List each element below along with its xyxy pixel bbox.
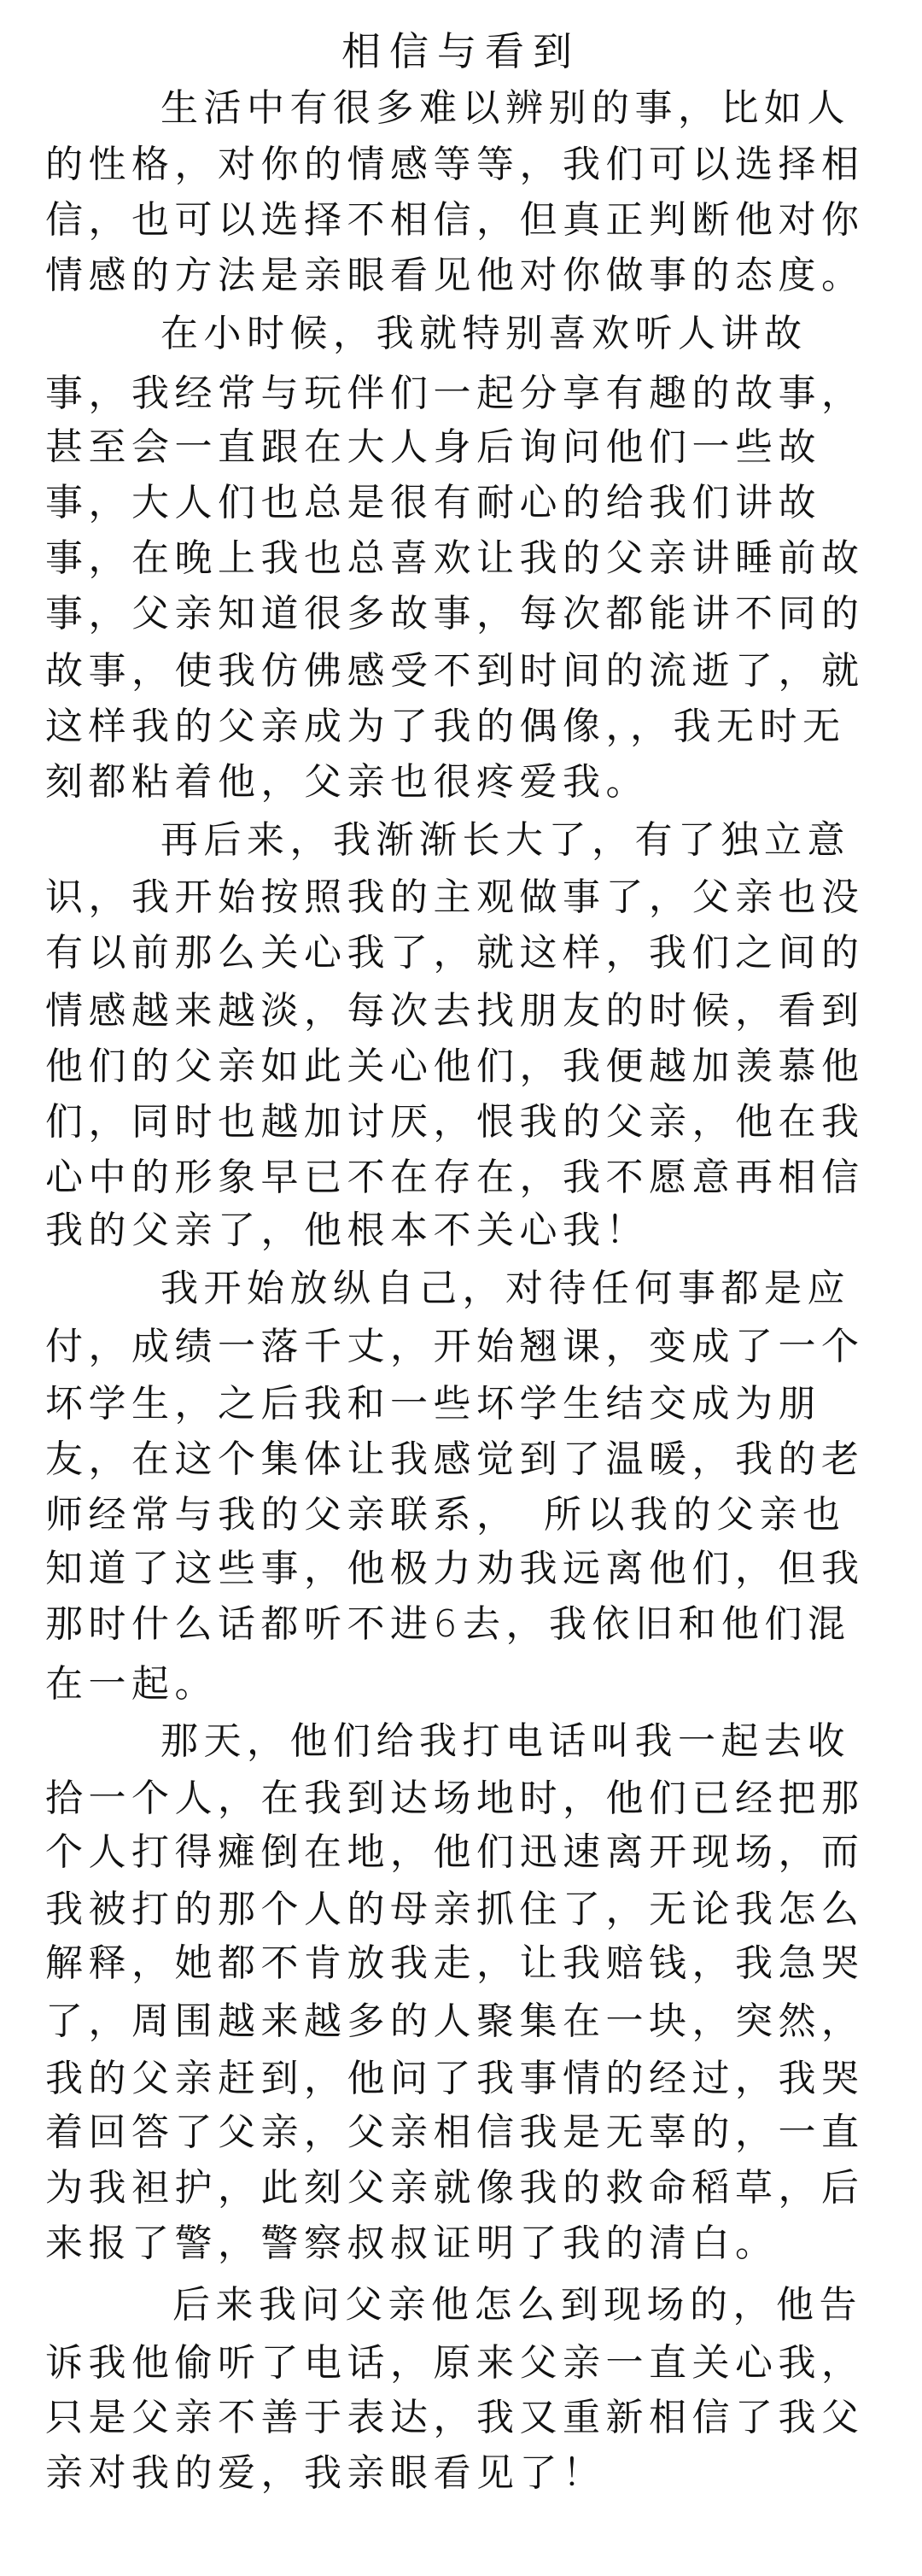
text-line: 知道了这些事，他极力劝我远离他们，但我 [45,1546,878,1592]
text-line: 事，我经常与玩伴们一起分享有趣的故事， [45,371,878,417]
text-line: 事，在晚上我也总喜欢让我的父亲讲睡前故 [45,536,878,582]
text-line: 甚至会一直跟在大人身后询问他们一些故 [45,424,878,471]
text-line: 诉我他偷听了电话，原来父亲一直关心我， [45,2340,878,2386]
text-line: 我的父亲了，他根本不关心我！ [45,1208,878,1254]
text-line: 拾一个人，在我到达场地时，他们已经把那 [45,1776,878,1822]
text-line: 那时什么话都听不进6去，我依旧和他们混 [45,1601,878,1648]
text-line: 刻都粘着他，父亲也很疼爱我。 [45,759,878,805]
text-line: 有以前那么关心我了，就这样，我们之间的 [45,930,878,976]
text-line: 着回答了父亲，父亲相信我是无辜的，一直 [45,2110,878,2156]
text-line: 了，周围越来越多的人聚集在一块，突然， [45,1999,878,2045]
text-line: 在一起。 [45,1661,878,1707]
text-line: 故事，使我仿佛感受不到时间的流逝了，就 [45,648,878,694]
text-line: 事，大人们也总是很有耐心的给我们讲故 [45,480,878,526]
text-line: 付，成绩一落千丈，开始翘课，变成了一个 [45,1324,878,1370]
text-line: 这样我的父亲成为了我的偶像，，我无时无 [45,704,878,750]
text-line: 那天，他们给我打电话叫我一起去收 [160,1718,878,1765]
text-line: 他们的父亲如此关心他们，我便越加羡慕他 [45,1044,878,1090]
text-line: 在小时候，我就特别喜欢听人讲故 [160,311,878,357]
handwritten-essay-page: 相信与看到 生活中有很多难以辨别的事，比如人 的性格，对你的情感等等，我们可以选… [0,0,922,2576]
text-line: 再后来，我渐渐长大了，有了独立意 [160,817,878,864]
text-line: 的性格，对你的情感等等，我们可以选择相 [45,142,878,188]
text-line: 个人打得瘫倒在地，他们迅速离开现场，而 [45,1830,878,1876]
text-line: 情感的方法是亲眼看见他对你做事的态度。 [45,253,878,299]
text-line: 来报了警，警察叔叔证明了我的清白。 [45,2221,878,2267]
essay-title: 相信与看到 [0,29,922,73]
text-line: 们，同时也越加讨厌，恨我的父亲，他在我 [45,1099,878,1145]
text-line: 为我袒护，此刻父亲就像我的救命稻草，后 [45,2165,878,2211]
text-line: 解释，她都不肯放我走，让我赔钱，我急哭 [45,1941,878,1987]
text-line: 我被打的那个人的母亲抓住了，无论我怎么 [45,1887,878,1933]
text-line: 只是父亲不善于表达，我又重新相信了我父 [45,2395,878,2441]
text-line: 我的父亲赶到，他问了我事情的经过，我哭 [45,2056,878,2102]
text-line: 情感越来越淡，每次去找朋友的时候，看到 [45,988,878,1034]
text-line: 友，在这个集体让我感觉到了温暖，我的老 [45,1437,878,1483]
text-line: 识，我开始按照我的主观做事了，父亲也没 [45,875,878,921]
text-line: 我开始放纵自己，对待任何事都是应 [160,1266,878,1312]
text-line: 师经常与我的父亲联系， 所以我的父亲也 [45,1492,878,1538]
text-line: 信，也可以选择不相信，但真正判断他对你 [45,197,878,243]
text-line: 事，父亲知道很多故事，每次都能讲不同的 [45,591,878,637]
text-line: 生活中有很多难以辨别的事，比如人 [160,85,878,132]
text-line: 坏学生，之后我和一些坏学生结交成为朋 [45,1381,878,1427]
text-line: 亲对我的爱，我亲眼看见了！ [45,2450,878,2497]
text-line: 后来我问父亲他怎么到现场的，他告 [172,2282,890,2328]
text-line: 心中的形象早已不在存在，我不愿意再相信 [45,1155,878,1201]
